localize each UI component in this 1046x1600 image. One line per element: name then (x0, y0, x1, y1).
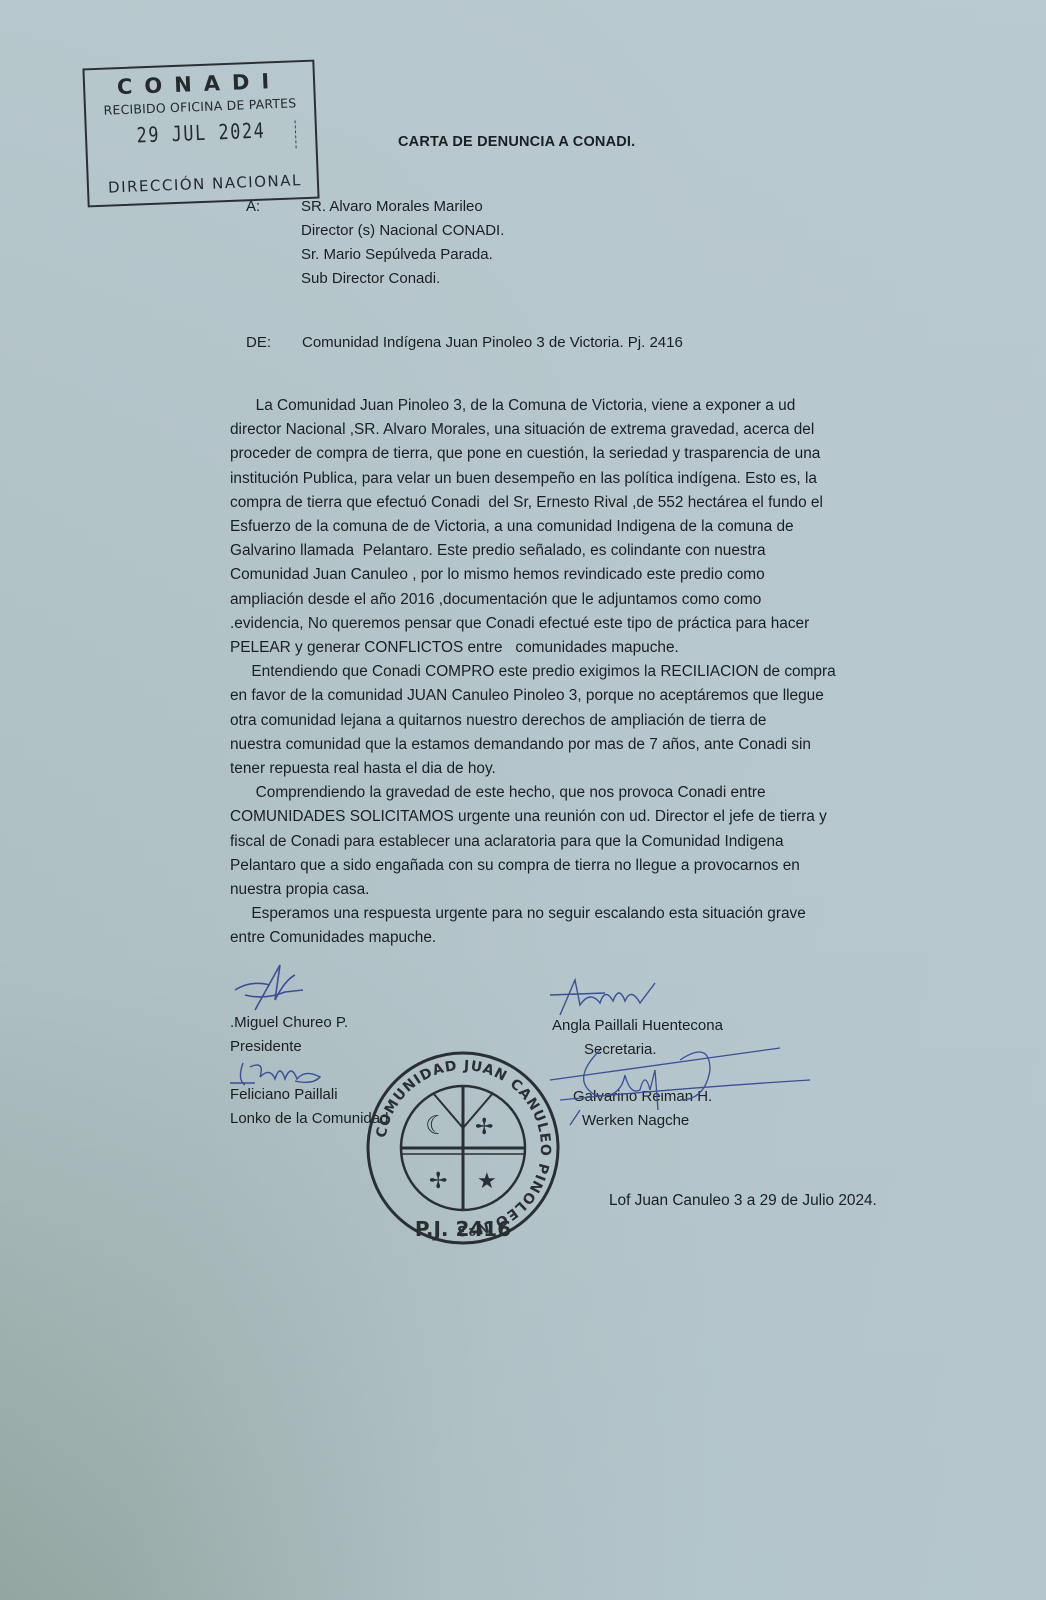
letter-page: CONADI RECIBIDO OFICINA DE PARTES 29 JUL… (0, 0, 1046, 1600)
body-line: COMUNIDADES SOLICITAMOS urgente una reun… (230, 805, 910, 829)
body-line: Esfuerzo de la comuna de de Victoria, a … (230, 515, 910, 539)
body-line: Esperamos una respuesta urgente para no … (230, 902, 910, 926)
body-line: Entendiendo que Conadi COMPRO este predi… (230, 660, 910, 684)
sun-icon: ✢ (475, 1115, 493, 1140)
signatory-werken: Galvarino Reiman H. Werken Nagche (573, 1085, 712, 1133)
community-seal: COMUNIDAD JUAN CANULEO PINOLEO Nº3 ☾ ✢ ✢… (363, 1048, 563, 1248)
body-line: director Nacional ,SR. Alvaro Morales, u… (230, 418, 910, 442)
recipient-line: Sr. Mario Sepúlveda Parada. (301, 243, 504, 267)
recipient-label: A: (246, 195, 260, 219)
body-line: nuestra comunidad que la estamos demanda… (230, 733, 910, 757)
letter-title: CARTA DE DENUNCIA A CONADI. (398, 134, 635, 150)
body-line: tener repuesta real hasta el dia de hoy. (230, 757, 910, 781)
recipient-line: Sub Director Conadi. (301, 267, 504, 291)
sender-label: DE: (246, 331, 271, 355)
body-line: proceder de compra de tierra, que pone e… (230, 442, 910, 466)
signatory-name: .Miguel Chureo P. (230, 1011, 348, 1035)
letter-body: La Comunidad Juan Pinoleo 3, de la Comun… (230, 394, 910, 951)
stamp-department: DIRECCIÓN NACIONAL (93, 171, 318, 198)
body-line: ampliación desde el año 2016 ,documentac… (230, 588, 910, 612)
place-date: Lof Juan Canuleo 3 a 29 de Julio 2024. (609, 1192, 877, 1210)
body-line: Pelantaro que a sido engañada con su com… (230, 854, 910, 878)
sender-value: Comunidad Indígena Juan Pinoleo 3 de Vic… (302, 331, 683, 355)
seal-bottom-text: P.J. 2416 (415, 1217, 511, 1241)
signatory-role: Werken Nagche (573, 1109, 712, 1133)
recipient-line: Director (s) Nacional CONADI. (301, 219, 504, 243)
body-line: compra de tierra que efectuó Conadi del … (230, 491, 910, 515)
body-line: en favor de la comunidad JUAN Canuleo Pi… (230, 684, 910, 708)
signatory-name: Galvarino Reiman H. (573, 1085, 712, 1109)
signatory-secretary: Angla Paillali Huentecona Secretaria. (552, 1014, 723, 1062)
sun-icon: ✢ (429, 1169, 447, 1194)
body-line: nuestra propia casa. (230, 878, 910, 902)
signatory-role: Presidente (230, 1035, 348, 1059)
signatory-president: .Miguel Chureo P. Presidente (230, 1011, 348, 1059)
body-line: .evidencia, No queremos pensar que Conad… (230, 612, 910, 636)
body-line: Comunidad Juan Canuleo , por lo mismo he… (230, 563, 910, 587)
body-line: PELEAR y generar CONFLICTOS entre comuni… (230, 636, 910, 660)
stamp-date: 29 JUL 2024 (109, 118, 292, 149)
body-line: entre Comunidades mapuche. (230, 926, 910, 950)
moon-icon: ☾ (425, 1111, 448, 1141)
body-line: institución Publica, para velar un buen … (230, 467, 910, 491)
stamp-mark (295, 120, 298, 148)
star-icon: ★ (477, 1169, 497, 1194)
reception-stamp: CONADI RECIBIDO OFICINA DE PARTES 29 JUL… (82, 60, 319, 208)
body-line: Comprendiendo la gravedad de este hecho,… (230, 781, 910, 805)
signatory-role: Secretaria. (552, 1038, 723, 1062)
body-line: Galvarino llamada Pelantaro. Este predio… (230, 539, 910, 563)
signatory-name: Angla Paillali Huentecona (552, 1014, 723, 1038)
body-line: La Comunidad Juan Pinoleo 3, de la Comun… (230, 394, 910, 418)
body-line: otra comunidad lejana a quitarnos nuestr… (230, 709, 910, 733)
body-line: fiscal de Conadi para establecer una acl… (230, 830, 910, 854)
recipient-line: SR. Alvaro Morales Marileo (301, 195, 504, 219)
